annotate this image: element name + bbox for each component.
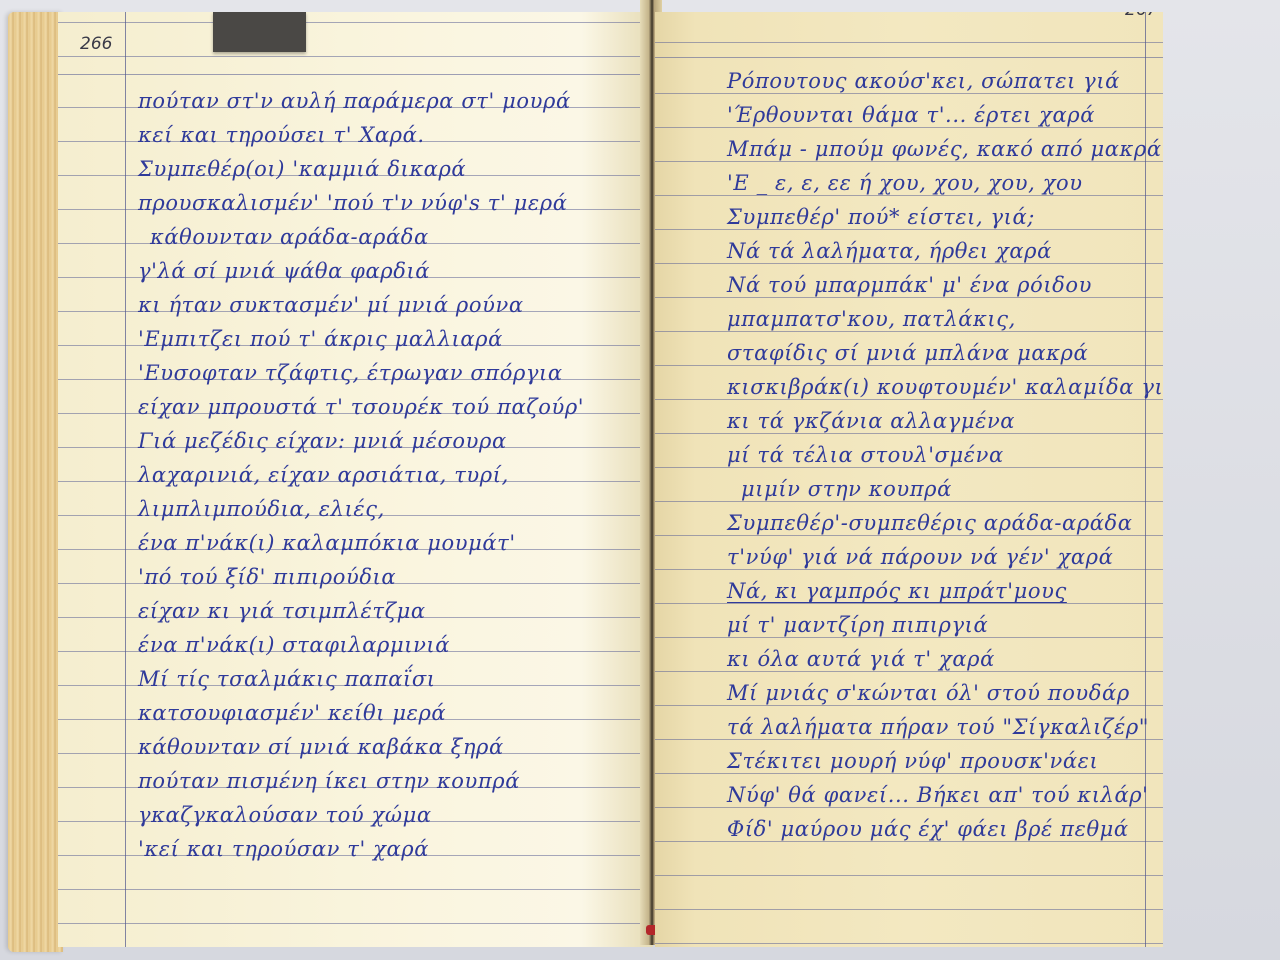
text-line: Μί μνιάς σ'κώνται όλ' στού πουδάρ	[727, 676, 1163, 710]
text-line: λαχαρινιά, είχαν αρσιάτια, τυρί,	[138, 458, 584, 492]
handwritten-text-left: πούταν στ'ν αυλή παράμερα στ' μουρά κεί …	[138, 84, 584, 866]
text-line: κάθουνταν αράδα-αράδα	[138, 220, 584, 254]
text-line: κάθουνταν σί μνιά καβάκα ξηρά	[138, 730, 584, 764]
right-page: 267 Ρόπουτους ακούσ'κει, σώπατει γιά 'Έρ…	[655, 12, 1163, 947]
text-line: Ρόπουτους ακούσ'κει, σώπατει γιά	[727, 64, 1163, 98]
bookmark-tab	[213, 12, 306, 52]
text-line: κι ήταν συκτασμέν' μί μνιά ρούνα	[138, 288, 584, 322]
text-line: μιμίν στην κουπρά	[727, 472, 1163, 506]
page-number-left: 266	[80, 34, 112, 54]
left-page: 266 πούταν στ'ν αυλή παράμερα στ' μουρά …	[58, 12, 653, 947]
text-line: Φίδ' μαύρου μάς έχ' φάει βρέ πεθμά	[727, 812, 1163, 846]
text-line: τά λαλήματα πήραν τού "Σίγκαλιζέρ"	[727, 710, 1163, 744]
text-line: 'κεί και τηρούσαν τ' χαρά	[138, 832, 584, 866]
text-line: Συμπεθέρ'-συμπεθέρις αράδα-αράδα	[727, 506, 1163, 540]
text-line: γκαζγκαλούσαν τού χώμα	[138, 798, 584, 832]
text-line: Συμπεθέρ' πού* είστει, γιά;	[727, 200, 1163, 234]
text-line: Μπάμ - μπούμ φωνές, κακό από μακρά	[727, 132, 1163, 166]
text-line: μί τ' μαντζίρη πιπιργιά	[727, 608, 1163, 642]
text-line: είχαν κι γιά τσιμπλέτζμα	[138, 594, 584, 628]
text-fragment: Νά, κι γαμπρός κι μπράτ'μους	[727, 579, 1067, 603]
text-line: μπαμπατσ'κου, πατλάκις,	[727, 302, 1163, 336]
text-line: Νύφ' θά φανεί... Βήκει απ' τού κιλάρ'	[727, 778, 1163, 812]
text-line: Νά τά λαλήματα, ήρθει χαρά	[727, 234, 1163, 268]
text-line: κισκιβράκ(ι) κουφτουμέν' καλαμίδα γιρά	[727, 370, 1163, 404]
header-rule	[58, 74, 653, 75]
text-line: μί τά τέλια στουλ'σμένα	[727, 438, 1163, 472]
text-line: γ'λά σί μνιά ψάθα φαρδιά	[138, 254, 584, 288]
text-line: ένα π'νάκ(ι) καλαμπόκια μουμάτ'	[138, 526, 584, 560]
text-line: κι τά γκζάνια αλλαγμένα	[727, 404, 1163, 438]
text-line: Νά τού μπαρμπάκ' μ' ένα ρόιδου	[727, 268, 1163, 302]
page-number-right: 267	[1125, 12, 1157, 20]
text-line: κεί και τηρούσει τ' Χαρά.	[138, 118, 584, 152]
text-line: Στέκιτει μουρή νύφ' προυσκ'νάει	[727, 744, 1163, 778]
text-line: σταφίδις σί μνιά μπλάνα μακρά	[727, 336, 1163, 370]
text-line: Νά, κι γαμπρός κι μπράτ'μους	[727, 574, 1163, 608]
text-line: 'Ευσοφταν τζάφτις, έτρωγαν σπόργια	[138, 356, 584, 390]
text-line: πούταν πισμένη ίκει στην κουπρά	[138, 764, 584, 798]
text-line: 'Ε _ ε, ε, εε ή χου, χου, χου, χου	[727, 166, 1163, 200]
text-line: κι όλα αυτά γιά τ' χαρά	[727, 642, 1163, 676]
header-rule	[655, 57, 1163, 58]
text-line: τ'νύφ' γιά νά πάρουν νά γέν' χαρά	[727, 540, 1163, 574]
text-line: 'πό τού ξίδ' πιπιρούδια	[138, 560, 584, 594]
text-line: Γιά μεζέδις είχαν: μνιά μέσουρα	[138, 424, 584, 458]
text-line: Συμπεθέρ(οι) 'καμμιά δικαρά	[138, 152, 584, 186]
text-line: προυσκαλισμέν' 'πού τ'ν νύφ's τ' μερά	[138, 186, 584, 220]
text-line: Μί τίς τσαλμάκις παπαΐσι	[138, 662, 584, 696]
text-line: κατσουφιασμέν' κείθι μερά	[138, 696, 584, 730]
text-line: 'Εμπιτζει πού τ' άκρις μαλλιαρά	[138, 322, 584, 356]
handwritten-text-right: Ρόπουτους ακούσ'κει, σώπατει γιά 'Έρθουν…	[727, 64, 1163, 846]
text-line: 'Έρθουνται θάμα τ'... έρτει χαρά	[727, 98, 1163, 132]
page-edges-stack	[8, 12, 63, 952]
margin-line	[125, 12, 126, 947]
text-line: λιμπλιμπούδια, ελιές,	[138, 492, 584, 526]
text-line: πούταν στ'ν αυλή παράμερα στ' μουρά	[138, 84, 584, 118]
text-line: ένα π'νάκ(ι) σταφιλαρμινιά	[138, 628, 584, 662]
text-line: είχαν μπρουστά τ' τσουρέκ τού παζούρ'	[138, 390, 584, 424]
